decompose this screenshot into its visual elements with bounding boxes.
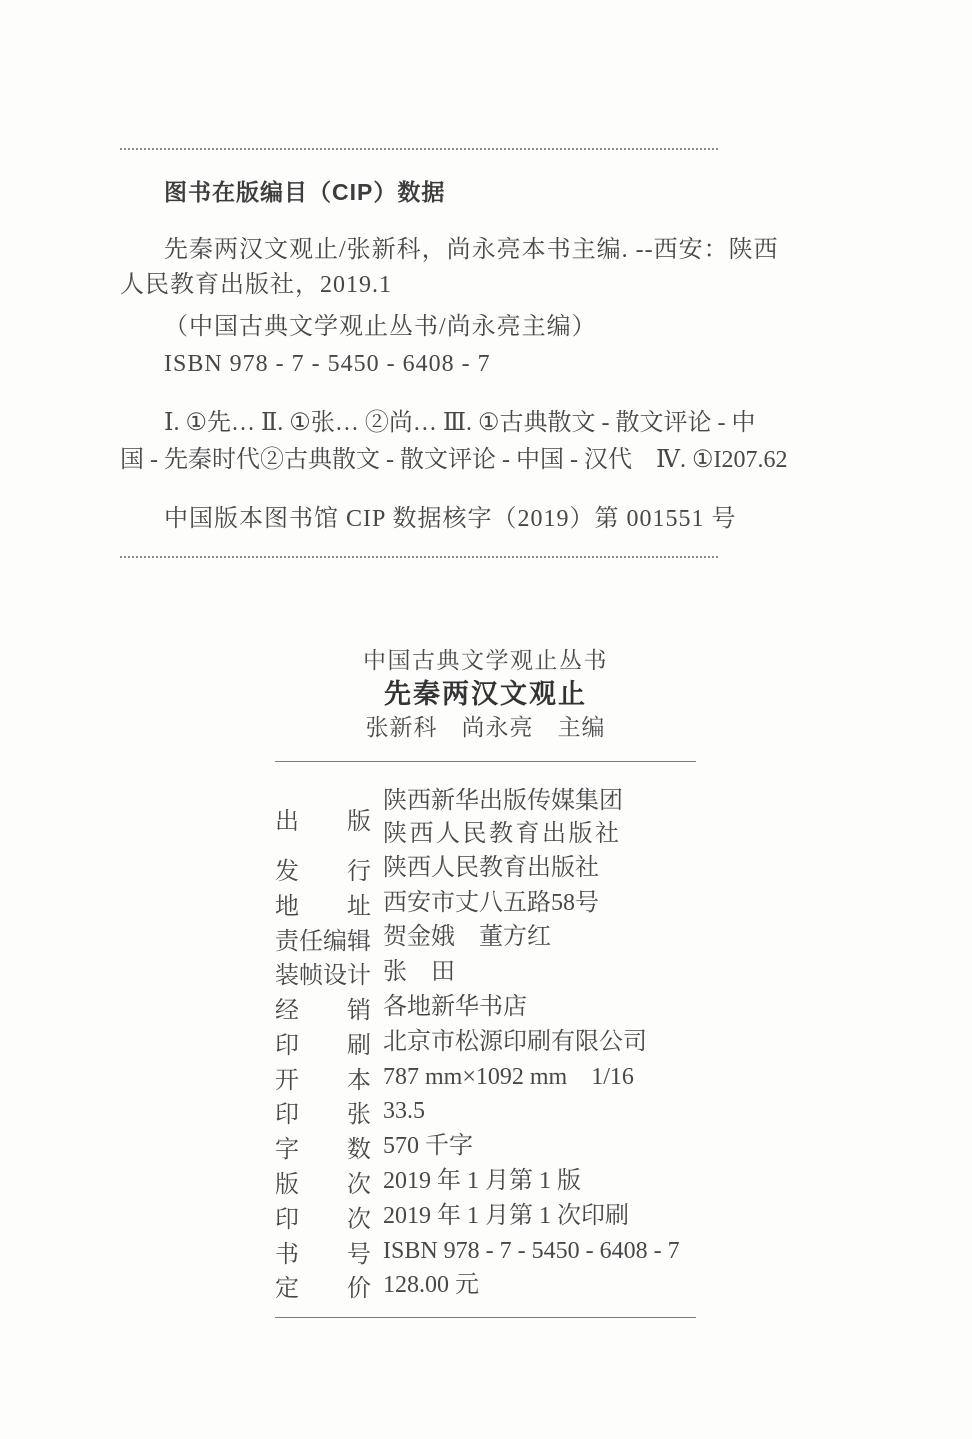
colophon-label: 装帧设计 [275, 955, 371, 990]
colophon-label: 出版 [275, 801, 371, 836]
colophon-value: ISBN 978 - 7 - 5450 - 6408 - 7 [383, 1235, 720, 1268]
colophon-row-address: 地址 西安市丈八五路58号 [275, 886, 720, 921]
colophon-row-impression: 印次 2019 年 1 月第 1 次印刷 [275, 1199, 720, 1234]
colophon-label: 发行 [275, 851, 371, 886]
publisher-line2: 陕西人民教育出版社 [383, 818, 720, 851]
cip-classification-line2: 国 - 先秦时代②古典散文 - 散文评论 - 中国 - 汉代 Ⅳ. ①I207.… [120, 445, 787, 475]
colophon-value: 2019 年 1 月第 1 版 [383, 1165, 720, 1198]
colophon-row-book-number: 书号 ISBN 978 - 7 - 5450 - 6408 - 7 [275, 1234, 720, 1269]
colophon-value: 570 千字 [383, 1130, 720, 1163]
colophon-value: 128.00 元 [383, 1269, 720, 1302]
copyright-page: 图书在版编目（CIP）数据 先秦两汉文观止/张新科，尚永亮本书主编. --西安：… [0, 0, 972, 1439]
colophon-value: 33.5 [383, 1095, 720, 1128]
colophon-label: 责任编辑 [275, 921, 371, 956]
colophon-row-format: 开本 787 mm×1092 mm 1/16 [275, 1060, 720, 1095]
colophon-label: 书号 [275, 1234, 371, 1269]
colophon-value: 787 mm×1092 mm 1/16 [383, 1061, 720, 1094]
colophon-label: 印次 [275, 1199, 371, 1234]
dotted-divider-bottom [120, 556, 718, 558]
colophon-row-publisher: 出版 陕西新华出版传媒集团 陕西人民教育出版社 [275, 785, 720, 851]
colophon-label: 定价 [275, 1268, 371, 1303]
dotted-divider-top [120, 148, 718, 150]
colophon-row-price: 定价 128.00 元 [275, 1269, 720, 1304]
colophon-value: 各地新华书店 [383, 991, 720, 1024]
colophon-rule-bottom [275, 1317, 696, 1318]
cip-record-number: 中国版本图书馆 CIP 数据核字（2019）第 001551 号 [164, 504, 736, 534]
book-title: 先秦两汉文观止 [275, 676, 696, 712]
colophon-rule-top [275, 761, 696, 762]
colophon-row-distribution: 发行 陕西人民教育出版社 [275, 851, 720, 886]
colophon-label: 开本 [275, 1060, 371, 1095]
colophon-label: 字数 [275, 1129, 371, 1164]
publisher-line1: 陕西新华出版传媒集团 [383, 785, 720, 818]
colophon-value: 贺金娥 董方红 [383, 921, 720, 954]
cip-heading: 图书在版编目（CIP）数据 [164, 177, 445, 207]
colophon-label: 版次 [275, 1164, 371, 1199]
colophon-row-sales: 经销 各地新华书店 [275, 990, 720, 1025]
colophon-label: 经销 [275, 990, 371, 1025]
colophon-value: 西安市丈八五路58号 [383, 887, 720, 920]
editors-line: 张新科 尚永亮 主编 [275, 712, 696, 743]
colophon-row-responsible-editor: 责任编辑 贺金娥 董方红 [275, 921, 720, 956]
colophon-value: 张 田 [383, 956, 720, 989]
colophon-value: 陕西人民教育出版社 [383, 852, 720, 885]
title-block: 中国古典文学观止丛书 先秦两汉文观止 张新科 尚永亮 主编 [275, 646, 696, 743]
cip-series-note: （中国古典文学观止丛书/尚永亮主编） [164, 312, 597, 342]
colophon-label: 印刷 [275, 1025, 371, 1060]
colophon-value: 北京市松源印刷有限公司 [383, 1026, 720, 1059]
cip-isbn: ISBN 978 - 7 - 5450 - 6408 - 7 [164, 349, 491, 379]
colophon-row-edition: 版次 2019 年 1 月第 1 版 [275, 1164, 720, 1199]
colophon-value: 陕西新华出版传媒集团 陕西人民教育出版社 [383, 785, 720, 851]
cip-description-line1: 先秦两汉文观止/张新科，尚永亮本书主编. --西安：陕西 [164, 235, 779, 265]
colophon-row-word-count: 字数 570 千字 [275, 1129, 720, 1164]
colophon-value: 2019 年 1 月第 1 次印刷 [383, 1200, 720, 1233]
colophon-row-design: 装帧设计 张 田 [275, 955, 720, 990]
colophon-table: 出版 陕西新华出版传媒集团 陕西人民教育出版社 发行 陕西人民教育出版社 地址 … [275, 785, 720, 1303]
colophon-label: 印张 [275, 1094, 371, 1129]
colophon-row-printing: 印刷 北京市松源印刷有限公司 [275, 1025, 720, 1060]
cip-classification-line1: Ⅰ. ①先… Ⅱ. ①张… ②尚… Ⅲ. ①古典散文 - 散文评论 - 中 [164, 408, 755, 438]
cip-description-line2: 人民教育出版社，2019.1 [120, 270, 392, 300]
colophon-label: 地址 [275, 886, 371, 921]
series-title: 中国古典文学观止丛书 [275, 646, 696, 676]
colophon-row-sheets: 印张 33.5 [275, 1095, 720, 1130]
